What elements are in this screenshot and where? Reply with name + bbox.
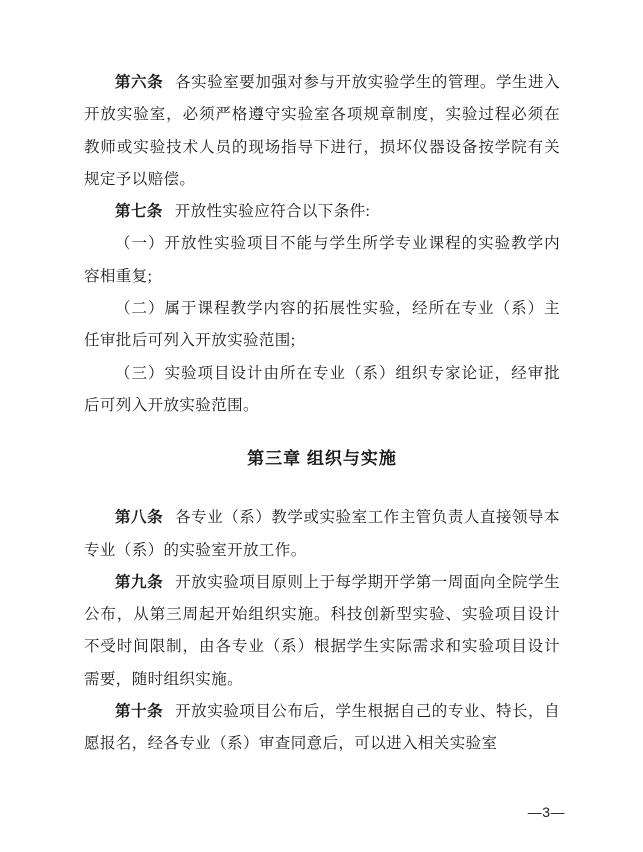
paragraph-article-7: 第七条开放性实验应符合以下条件: — [84, 196, 560, 228]
paragraph-text: （二）属于课程教学内容的拓展性实验，经所在专业（系）主任审批后可列入开放实验范围… — [84, 300, 560, 349]
paragraph-text: 各实验室要加强对参与开放实验学生的管理。学生进入开放实验室，必须严格遵守实验室各… — [84, 74, 560, 188]
article-label: 第八条 — [115, 509, 163, 526]
document-page: 第六条各实验室要加强对参与开放实验学生的管理。学生进入开放实验室，必须严格遵守实… — [0, 0, 643, 852]
paragraph-item-1: （一）开放性实验项目不能与学生所学专业课程的实验教学内容相重复; — [84, 228, 560, 293]
document-body: 第六条各实验室要加强对参与开放实验学生的管理。学生进入开放实验室，必须严格遵守实… — [0, 0, 643, 761]
paragraph-text: 开放性实验应符合以下条件: — [175, 203, 371, 220]
paragraph-article-8: 第八条各专业（系）教学或实验室工作主管负责人直接领导本专业（系）的实验室开放工作… — [84, 502, 560, 567]
article-label: 第七条 — [115, 203, 163, 220]
article-label: 第十条 — [115, 703, 163, 720]
paragraph-article-6: 第六条各实验室要加强对参与开放实验学生的管理。学生进入开放实验室，必须严格遵守实… — [84, 67, 560, 196]
paragraph-item-3: （三）实验项目设计由所在专业（系）组织专家论证，经审批后可列入开放实验范围。 — [84, 358, 560, 423]
paragraph-article-9: 第九条开放实验项目原则上于每学期开学第一周面向全院学生公布，从第三周起开始组织实… — [84, 567, 560, 696]
article-label: 第六条 — [115, 74, 163, 91]
paragraph-text: （三）实验项目设计由所在专业（系）组织专家论证，经审批后可列入开放实验范围。 — [84, 365, 560, 414]
article-label: 第九条 — [115, 574, 163, 591]
chapter-heading: 第三章 组织与实施 — [84, 443, 560, 475]
paragraph-text: （一）开放性实验项目不能与学生所学专业课程的实验教学内容相重复; — [84, 235, 560, 284]
paragraph-article-10: 第十条开放实验项目公布后，学生根据自己的专业、特长，自愿报名，经各专业（系）审查… — [84, 696, 560, 761]
page-number: —3— — [528, 804, 565, 820]
paragraph-item-2: （二）属于课程教学内容的拓展性实验，经所在专业（系）主任审批后可列入开放实验范围… — [84, 293, 560, 358]
